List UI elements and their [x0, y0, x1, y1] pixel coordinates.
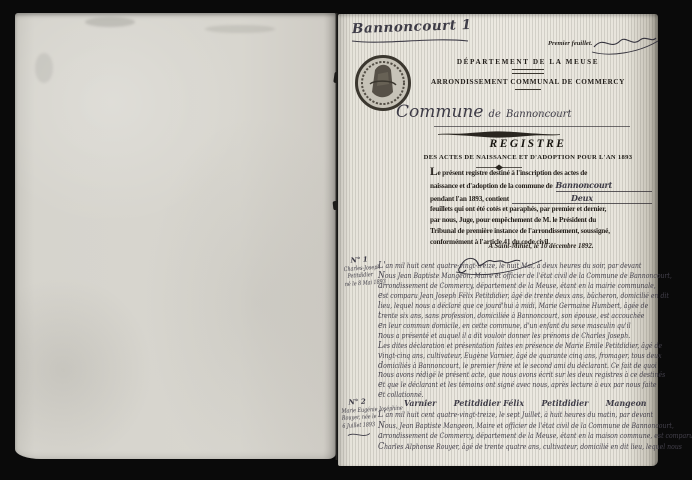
printed-text: naissance et d'adoption de la commune de: [430, 181, 553, 192]
count-fill-handwritten: Deux: [571, 193, 593, 203]
act-line: lieu, lequel nous a déclaré que ce jourd…: [378, 302, 623, 312]
swelled-rule-ornament: [434, 131, 564, 138]
margin-note-line: né le 8 Mai 1893: [345, 279, 377, 289]
registre-page: Bannoncourt 1 Premier feuillet. DÉPARTEM…: [338, 14, 658, 466]
book-scan: Bannoncourt 1 Premier feuillet. DÉPARTEM…: [0, 0, 692, 480]
blank-fill: Bannoncourt: [556, 179, 652, 192]
paper-smudge: [205, 25, 275, 33]
act-line: en leur commun domicile, en cette commun…: [378, 322, 623, 332]
title-underline-swash: [350, 36, 472, 46]
margin-note-line: 6 Juillet 1893: [342, 421, 374, 430]
blank-fill: Deux: [512, 192, 652, 205]
declaration-line: par nous, Juge, pour empêchement de M. l…: [430, 215, 652, 226]
margin-note-flourish: [346, 431, 372, 440]
act-line: et que le déclarant et les témoins ont s…: [378, 381, 623, 391]
margin-note-act2: N° 2 Marie Eugénie Joséphine Rouyer, née…: [337, 397, 379, 440]
signature: Varnier: [404, 399, 436, 409]
act-line: Charles Alphonse Rouyer, âgé de trente q…: [378, 442, 623, 453]
registre-title: REGISTRE: [410, 138, 646, 150]
act-line: arrondissement de Commercy, département …: [378, 431, 623, 442]
act-line: Nous, Jean Baptiste Mangeon, Maire et of…: [378, 421, 623, 432]
act1-signatures: Varnier Petitdidier Félix Petitdidier Ma…: [404, 399, 634, 409]
paper-smudge: [85, 17, 135, 27]
paper-smudge: [35, 53, 53, 83]
commune-underline: [434, 126, 630, 127]
premier-feuillet-label: Premier feuillet.: [548, 40, 592, 47]
departement-label: DÉPARTEMENT DE LA MEUSE: [410, 58, 646, 66]
act-line: est comparu Jean Joseph Félix Petitdidie…: [378, 292, 623, 302]
double-rule: [512, 69, 544, 74]
commune-de: de: [489, 109, 501, 120]
printed-text: pendant l'an 1893, contient: [430, 194, 509, 205]
act-line: L'an mil huit cent quatre-vingt-treize, …: [378, 262, 623, 272]
act2-text: L'an mil huit cent quatre-vingt-treize, …: [378, 410, 656, 453]
act-line: trente six ans, sans profession, domicil…: [378, 312, 623, 322]
act-line: nous avons rédigé le présent acte, que n…: [378, 371, 623, 381]
act-line: nous a présenté et auquel il a dit voulo…: [378, 332, 623, 342]
signature: Petitdidier Félix: [454, 399, 524, 409]
single-rule: [515, 89, 541, 90]
act-line: arrondissement de Commercy, département …: [378, 282, 623, 292]
left-blank-page: [15, 13, 336, 459]
declaration-line: naissance et d'adoption de la commune de…: [430, 179, 652, 192]
commune-word: Commune: [396, 102, 483, 122]
page-handwritten-title: Bannoncourt 1: [352, 17, 472, 37]
declaration-paragraph: Le présent registre destiné à l'inscript…: [430, 167, 652, 248]
declaration-line: feuillets qui ont été cotés et paraphés,…: [430, 204, 652, 215]
declaration-line: Le présent registre destiné à l'inscript…: [430, 167, 652, 179]
commune-name-handwritten: Bannoncourt: [506, 109, 572, 120]
margin-note-act1: N° 1 Charles-Joseph Petitdidier né le 8 …: [339, 255, 381, 289]
dateline: A Saint-Mihiel, le 10 décembre 1892.: [430, 243, 652, 250]
arrondissement-label: ARRONDISSEMENT COMMUNAL DE COMMERCY: [410, 78, 646, 86]
act-line: Nous Jean Baptiste Mangeon, Maire et off…: [378, 272, 623, 282]
printed-header: DÉPARTEMENT DE LA MEUSE ARRONDISSEMENT C…: [410, 58, 646, 90]
declaration-line: Tribunal de première instance de l'arron…: [430, 226, 652, 237]
commune-fill-handwritten: Bannoncourt: [556, 180, 612, 190]
judge-initials-signature: [590, 30, 660, 58]
act-line: Les dites déclaration et présentation fa…: [378, 342, 623, 352]
declaration-line: pendant l'an 1893, contient Deux: [430, 192, 652, 205]
act-line: vingt-cinq ans, cultivateur, Eugène Varn…: [378, 352, 623, 362]
signature: Petitdidier: [541, 399, 588, 409]
act-line: domiciliés à Bannoncourt, le premier frè…: [378, 362, 623, 372]
act-line: L'an mil huit cent quatre-vingt-treize, …: [378, 410, 623, 421]
registre-subtitle: DES ACTES DE NAISSANCE ET D'ADOPTION POU…: [398, 154, 658, 161]
act1-text: L'an mil huit cent quatre-vingt-treize, …: [378, 262, 656, 401]
commune-line: Commune de Bannoncourt: [396, 102, 652, 122]
signature: Mangeon: [606, 399, 647, 409]
